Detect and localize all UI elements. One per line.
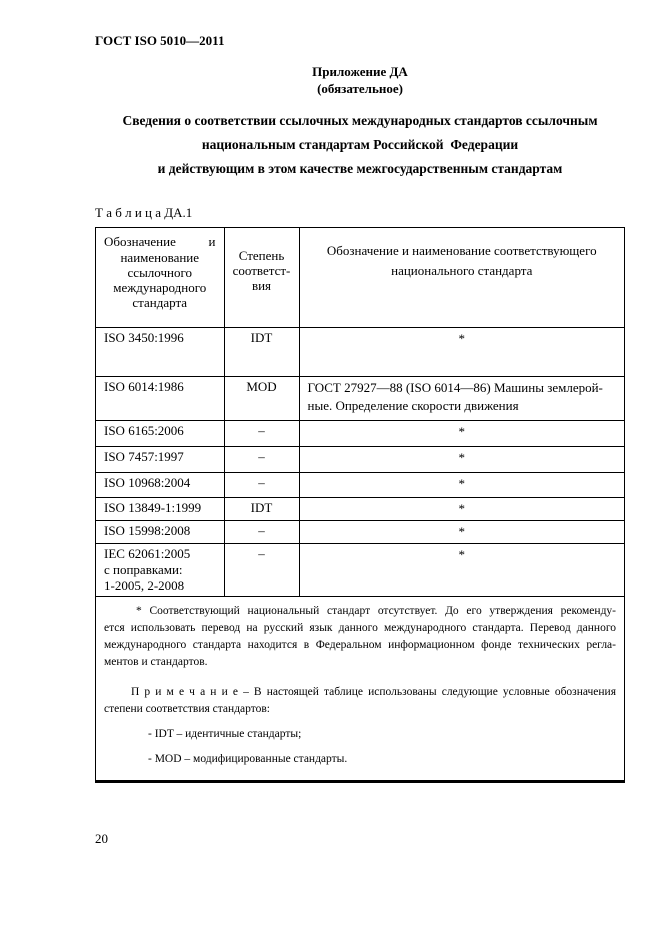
cell-national-standard: *	[299, 420, 624, 446]
cell-national-standard: *	[299, 472, 624, 497]
page-content: ГОСТ ISO 5010—2011 Приложение ДА (обязат…	[95, 0, 625, 783]
col-header-degree: Степень соответст- вия	[224, 228, 299, 327]
document-title: Сведения о соответствии ссылочных междун…	[95, 112, 625, 178]
col-header-text: наименование ссылочного международного с…	[102, 250, 218, 310]
standards-table-frame: Обозначение и наименование ссылочного ме…	[95, 227, 625, 783]
note-paragraph: П р и м е ч а н и е – В настоящей таблиц…	[104, 684, 616, 718]
appendix-type: (обязательное)	[95, 80, 625, 97]
cell-reference-standard: ISO 10968:2004	[96, 472, 224, 497]
cell-reference-standard: ISO 13849-1:1999	[96, 497, 224, 520]
col-header-text: Обозначение	[104, 234, 176, 250]
table-row: ISO 13849-1:1999 IDT *	[96, 497, 624, 520]
footnote-line: ется использовать перевод на русский язы…	[104, 620, 616, 637]
col-header-national-standard: Обозначение и наименование соответствующ…	[299, 228, 624, 327]
table-row: ISO 15998:2008 – *	[96, 520, 624, 543]
table-row: ISO 7457:1997 – *	[96, 446, 624, 472]
table-notes: * Соответствующий национальный стандарт …	[96, 597, 624, 780]
col-header-line: Обозначение и	[102, 234, 218, 250]
note-line: П р и м е ч а н и е – В настоящей таблиц…	[104, 684, 616, 701]
cell-national-standard: *	[299, 497, 624, 520]
table-label: Т а б л и ц а ДА.1	[95, 205, 625, 221]
cell-degree: –	[224, 543, 299, 596]
cell-national-standard: *	[299, 543, 624, 596]
table-header-row: Обозначение и наименование ссылочного ме…	[96, 228, 624, 327]
cell-reference-standard: ISO 3450:1996	[96, 327, 224, 376]
col-header-reference-standard: Обозначение и наименование ссылочного ме…	[96, 228, 224, 327]
cell-reference-standard: ISO 6165:2006	[96, 420, 224, 446]
table-row: ISO 6165:2006 – *	[96, 420, 624, 446]
footnote-asterisk: * Соответствующий национальный стандарт …	[104, 603, 616, 671]
cell-national-standard: *	[299, 327, 624, 376]
cell-reference-standard: ISO 7457:1997	[96, 446, 224, 472]
cell-reference-standard: ISO 6014:1986	[96, 376, 224, 420]
footnote-line: * Соответствующий национальный стандарт …	[104, 603, 616, 620]
cell-national-standard: *	[299, 446, 624, 472]
note-item-mod: - MOD – модифицированные стандарты.	[148, 751, 616, 768]
cell-degree: –	[224, 420, 299, 446]
footnote-line: ментов и стандартов.	[104, 654, 616, 671]
cell-degree: MOD	[224, 376, 299, 420]
table-body: ISO 3450:1996 IDT * ISO 6014:1986 MOD ГО…	[96, 327, 624, 596]
page-number: 20	[95, 831, 108, 847]
cell-reference-standard: ISO 15998:2008	[96, 520, 224, 543]
cell-degree: –	[224, 520, 299, 543]
title-line: и действующим в этом качестве межгосудар…	[95, 160, 625, 178]
cell-national-standard: *	[299, 520, 624, 543]
cell-degree: –	[224, 472, 299, 497]
footnote-line: международного стандарта находится в Фед…	[104, 637, 616, 654]
table-row: ISO 6014:1986 MOD ГОСТ 27927—88 (ISO 601…	[96, 376, 624, 420]
standards-table: Обозначение и наименование ссылочного ме…	[96, 228, 624, 597]
note-item-idt: - IDT – идентичные стандарты;	[148, 726, 616, 743]
cell-degree: IDT	[224, 497, 299, 520]
table-header: Обозначение и наименование ссылочного ме…	[96, 228, 624, 327]
document-page: ГОСТ ISO 5010—2011 Приложение ДА (обязат…	[0, 0, 661, 936]
cell-reference-standard: IEC 62061:2005 с поправками: 1-2005, 2-2…	[96, 543, 224, 596]
table-row: ISO 10968:2004 – *	[96, 472, 624, 497]
col-header-text: и	[209, 234, 216, 250]
table-row: ISO 3450:1996 IDT *	[96, 327, 624, 376]
title-line: Сведения о соответствии ссылочных междун…	[95, 112, 625, 130]
table-row: IEC 62061:2005 с поправками: 1-2005, 2-2…	[96, 543, 624, 596]
cell-degree: IDT	[224, 327, 299, 376]
note-line: степени соответствия стандартов:	[104, 701, 616, 718]
appendix-label: Приложение ДА	[95, 63, 625, 80]
title-line: национальным стандартам Российской Федер…	[95, 136, 625, 154]
cell-degree: –	[224, 446, 299, 472]
cell-national-standard: ГОСТ 27927—88 (ISO 6014—86) Машины земле…	[299, 376, 624, 420]
doc-code: ГОСТ ISO 5010—2011	[95, 33, 625, 49]
